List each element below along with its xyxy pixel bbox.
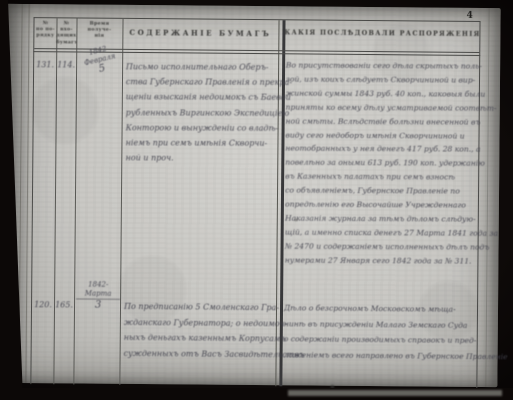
text-line: сужденныхъ отъ Васъ Засвидѣтельствъ	[124, 345, 276, 362]
text-line: со объявленіемъ, Губернское Правленіе по	[285, 184, 477, 199]
entry2-date: 1842-Марта3	[76, 280, 120, 311]
text-line: № 2470 и содержаніемъ исполненныхъ дѣлъ …	[285, 239, 477, 254]
text-line: щій, а именно списка денегъ 27 Марта 184…	[285, 225, 477, 240]
text-line: Конторою и вынужденіи со владѣ-	[126, 120, 278, 136]
ledger-table: №по по-рядку № вхо-дящихъбумагъ Времяпол…	[30, 17, 480, 388]
text-line: ложеніемъ всего направлено въ Губернское…	[284, 347, 480, 364]
text-line: о содержаніи производимыхъ справокъ и пр…	[284, 331, 480, 348]
text-line: опредѣленію его Высочайше Учрежденнаго	[285, 198, 477, 213]
entry1-orders-text: Во присутствованіи сего дѣла скрытыхъ по…	[285, 59, 478, 269]
text-line: приняты ко всему дѣлу усматриваемой соот…	[286, 100, 478, 115]
column-rule	[73, 18, 77, 384]
entry2-incoming-number: 165.	[54, 300, 74, 309]
text-line: дящихъ	[56, 33, 76, 39]
text-line: рубленныхъ Виргинскою Экспедиціею	[126, 105, 278, 121]
text-line: Во присутствованіи сего дѣла скрытыхъ по…	[286, 59, 478, 74]
text-line: ной и проч.	[126, 151, 278, 167]
archival-photo-frame: 4 №по по-рядку № вхо-дящихъбумагъ Времяп…	[0, 0, 513, 400]
text-line: въ Казенныхъ палатахъ при семъ взносѣ	[285, 170, 477, 185]
entry1-order-number: 131.	[34, 60, 56, 69]
text-line: нумерами 27 Января сего 1842 года за № 3…	[285, 253, 477, 268]
text-line: ной смѣты. Вслѣдствіе болѣзни внесенной …	[285, 114, 477, 129]
text-line: Дѣло о безсрочномъ Московскомъ мѣща-	[284, 300, 480, 317]
entry1-contents-text: Письмо исполнительнаго Оберъ-ства Губерн…	[126, 59, 278, 166]
text-line: жинской суммы 1843 руб. 40 коп., каковыя…	[286, 86, 478, 101]
text-line: жданскаго Губернатора; о недоимоч-	[124, 314, 276, 331]
entry2-order-number: 120.	[32, 300, 54, 309]
text-line: ныхъ деньгахъ казеннымъ Корпусамъ	[124, 330, 276, 347]
text-line: щеніи взысканія недоимокъ съ Баевой	[126, 90, 278, 106]
text-line: 1842-	[76, 280, 120, 289]
text-line: неотобранныхъ у нея денегъ 417 руб. 28 к…	[285, 142, 477, 157]
header-resulting-orders: КАКІЯ ПОСЛѢДОВАЛИ РАСПОРЯЖЕНІЯ	[284, 29, 479, 38]
text-line: Письмо исполнительнаго Оберъ-	[126, 59, 278, 75]
text-line: зой, изъ коихъ слѣдуетъ Скворчининой и в…	[286, 73, 478, 88]
text-line: Наказанія журнала за тѣмъ дѣломъ слѣдую-	[285, 212, 477, 227]
text-line: Марта	[76, 289, 120, 300]
text-line: рядку	[34, 33, 56, 39]
scan-artifact-streak	[288, 390, 502, 396]
page-number: 4	[467, 11, 473, 21]
column-rule	[53, 18, 57, 384]
text-line: повелѣно за оными 613 руб. 190 коп. удер…	[285, 156, 477, 171]
text-line: нинѣ въ присужденіи Малаго Земскаго Суда	[284, 316, 480, 333]
text-line: нія	[76, 33, 122, 40]
header-cell-number-order: №по по-рядку	[34, 20, 56, 46]
text-line: По предписанію 5 Смоленскаго Гра-	[124, 299, 276, 316]
text-line: бумагъ	[56, 39, 76, 45]
paper-crease	[485, 8, 489, 387]
text-line: ніемъ при семъ имѣнія Скворчи-	[126, 135, 278, 151]
text-line: виду сего недоборъ имѣнія Скворчининой и	[285, 128, 477, 143]
entry1-incoming-number: 114.	[56, 60, 76, 69]
paper-sheet: 4 №по по-рядку № вхо-дящихъбумагъ Времяп…	[3, 4, 500, 387]
entry2-contents-text: По предписанію 5 Смоленскаго Гра-жданска…	[124, 299, 277, 362]
text-line: № вхо-	[56, 20, 76, 33]
ink-smudge	[295, 218, 298, 221]
header-cell-number-incoming: № вхо-дящихъбумагъ	[56, 20, 76, 46]
text-line: ства Губернскаго Правленія о прекра-	[126, 74, 278, 90]
entry2-orders-text: Дѣло о безсрочномъ Московскомъ мѣща-нинѣ…	[284, 300, 481, 364]
header-contents-of-papers: СОДЕРЖАНІЕ БУМАГЪ	[122, 28, 278, 38]
text-line: 3	[76, 299, 120, 311]
